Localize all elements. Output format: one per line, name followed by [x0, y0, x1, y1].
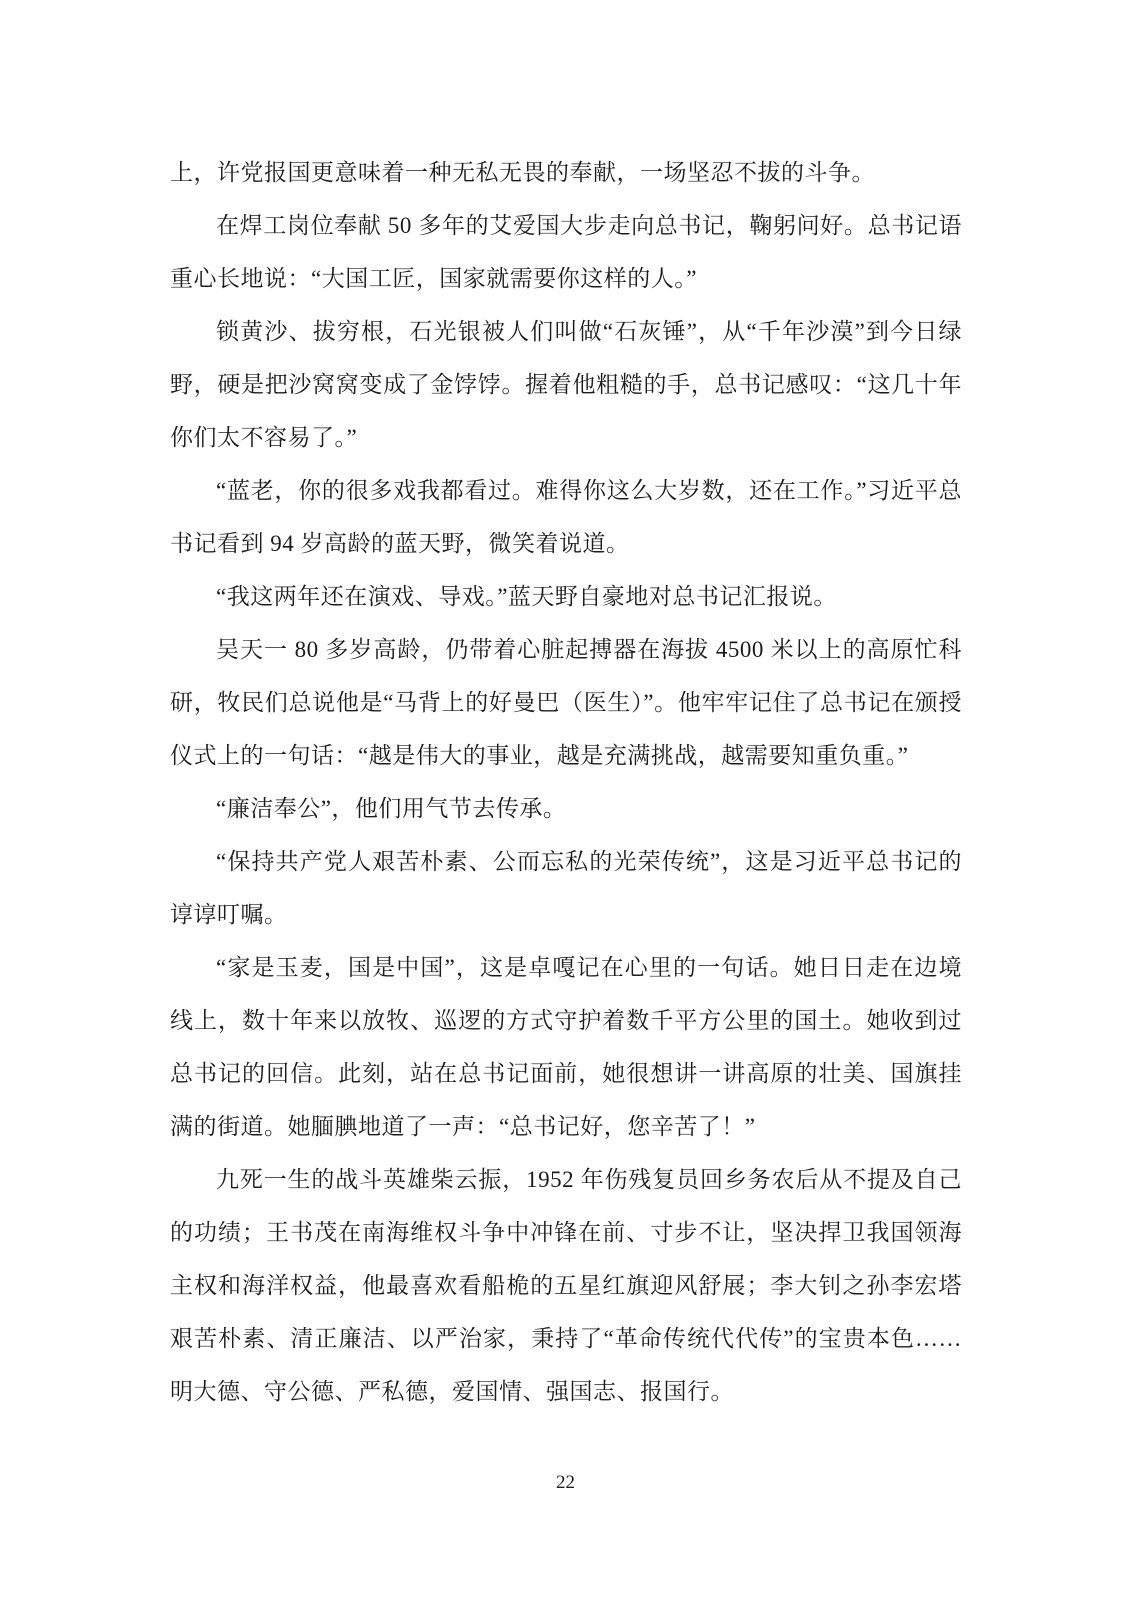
paragraph: “家是玉麦，国是中国”，这是卓嘎记在心里的一句话。她日日走在边境线上，数十年来以… — [170, 941, 962, 1153]
paragraph: “我这两年还在演戏、导戏。”蓝天野自豪地对总书记汇报说。 — [170, 570, 962, 623]
paragraph: “保持共产党人艰苦朴素、公而忘私的光荣传统”，这是习近平总书记的谆谆叮嘱。 — [170, 835, 962, 941]
paragraph: “廉洁奉公”，他们用气节去传承。 — [170, 782, 962, 835]
paragraph: 在焊工岗位奉献 50 多年的艾爱国大步走向总书记，鞠躬问好。总书记语重心长地说：… — [170, 199, 962, 305]
paragraph: “蓝老，你的很多戏我都看过。难得你这么大岁数，还在工作。”习近平总书记看到 94… — [170, 464, 962, 570]
paragraph: 锁黄沙、拔穷根，石光银被人们叫做“石灰锤”，从“千年沙漠”到今日绿野，硬是把沙窝… — [170, 305, 962, 464]
paragraph: 吴天一 80 多岁高龄，仍带着心脏起搏器在海拔 4500 米以上的高原忙科研，牧… — [170, 623, 962, 782]
document-page: 上，许党报国更意味着一种无私无畏的奉献，一场坚忍不拔的斗争。 在焊工岗位奉献 5… — [0, 0, 1131, 1600]
text-block: 上，许党报国更意味着一种无私无畏的奉献，一场坚忍不拔的斗争。 在焊工岗位奉献 5… — [170, 146, 962, 1418]
paragraph: 九死一生的战斗英雄柴云振，1952 年伤残复员回乡务农后从不提及自己的功绩；王书… — [170, 1153, 962, 1418]
paragraph: 上，许党报国更意味着一种无私无畏的奉献，一场坚忍不拔的斗争。 — [170, 146, 962, 199]
page-number: 22 — [0, 1472, 1131, 1494]
